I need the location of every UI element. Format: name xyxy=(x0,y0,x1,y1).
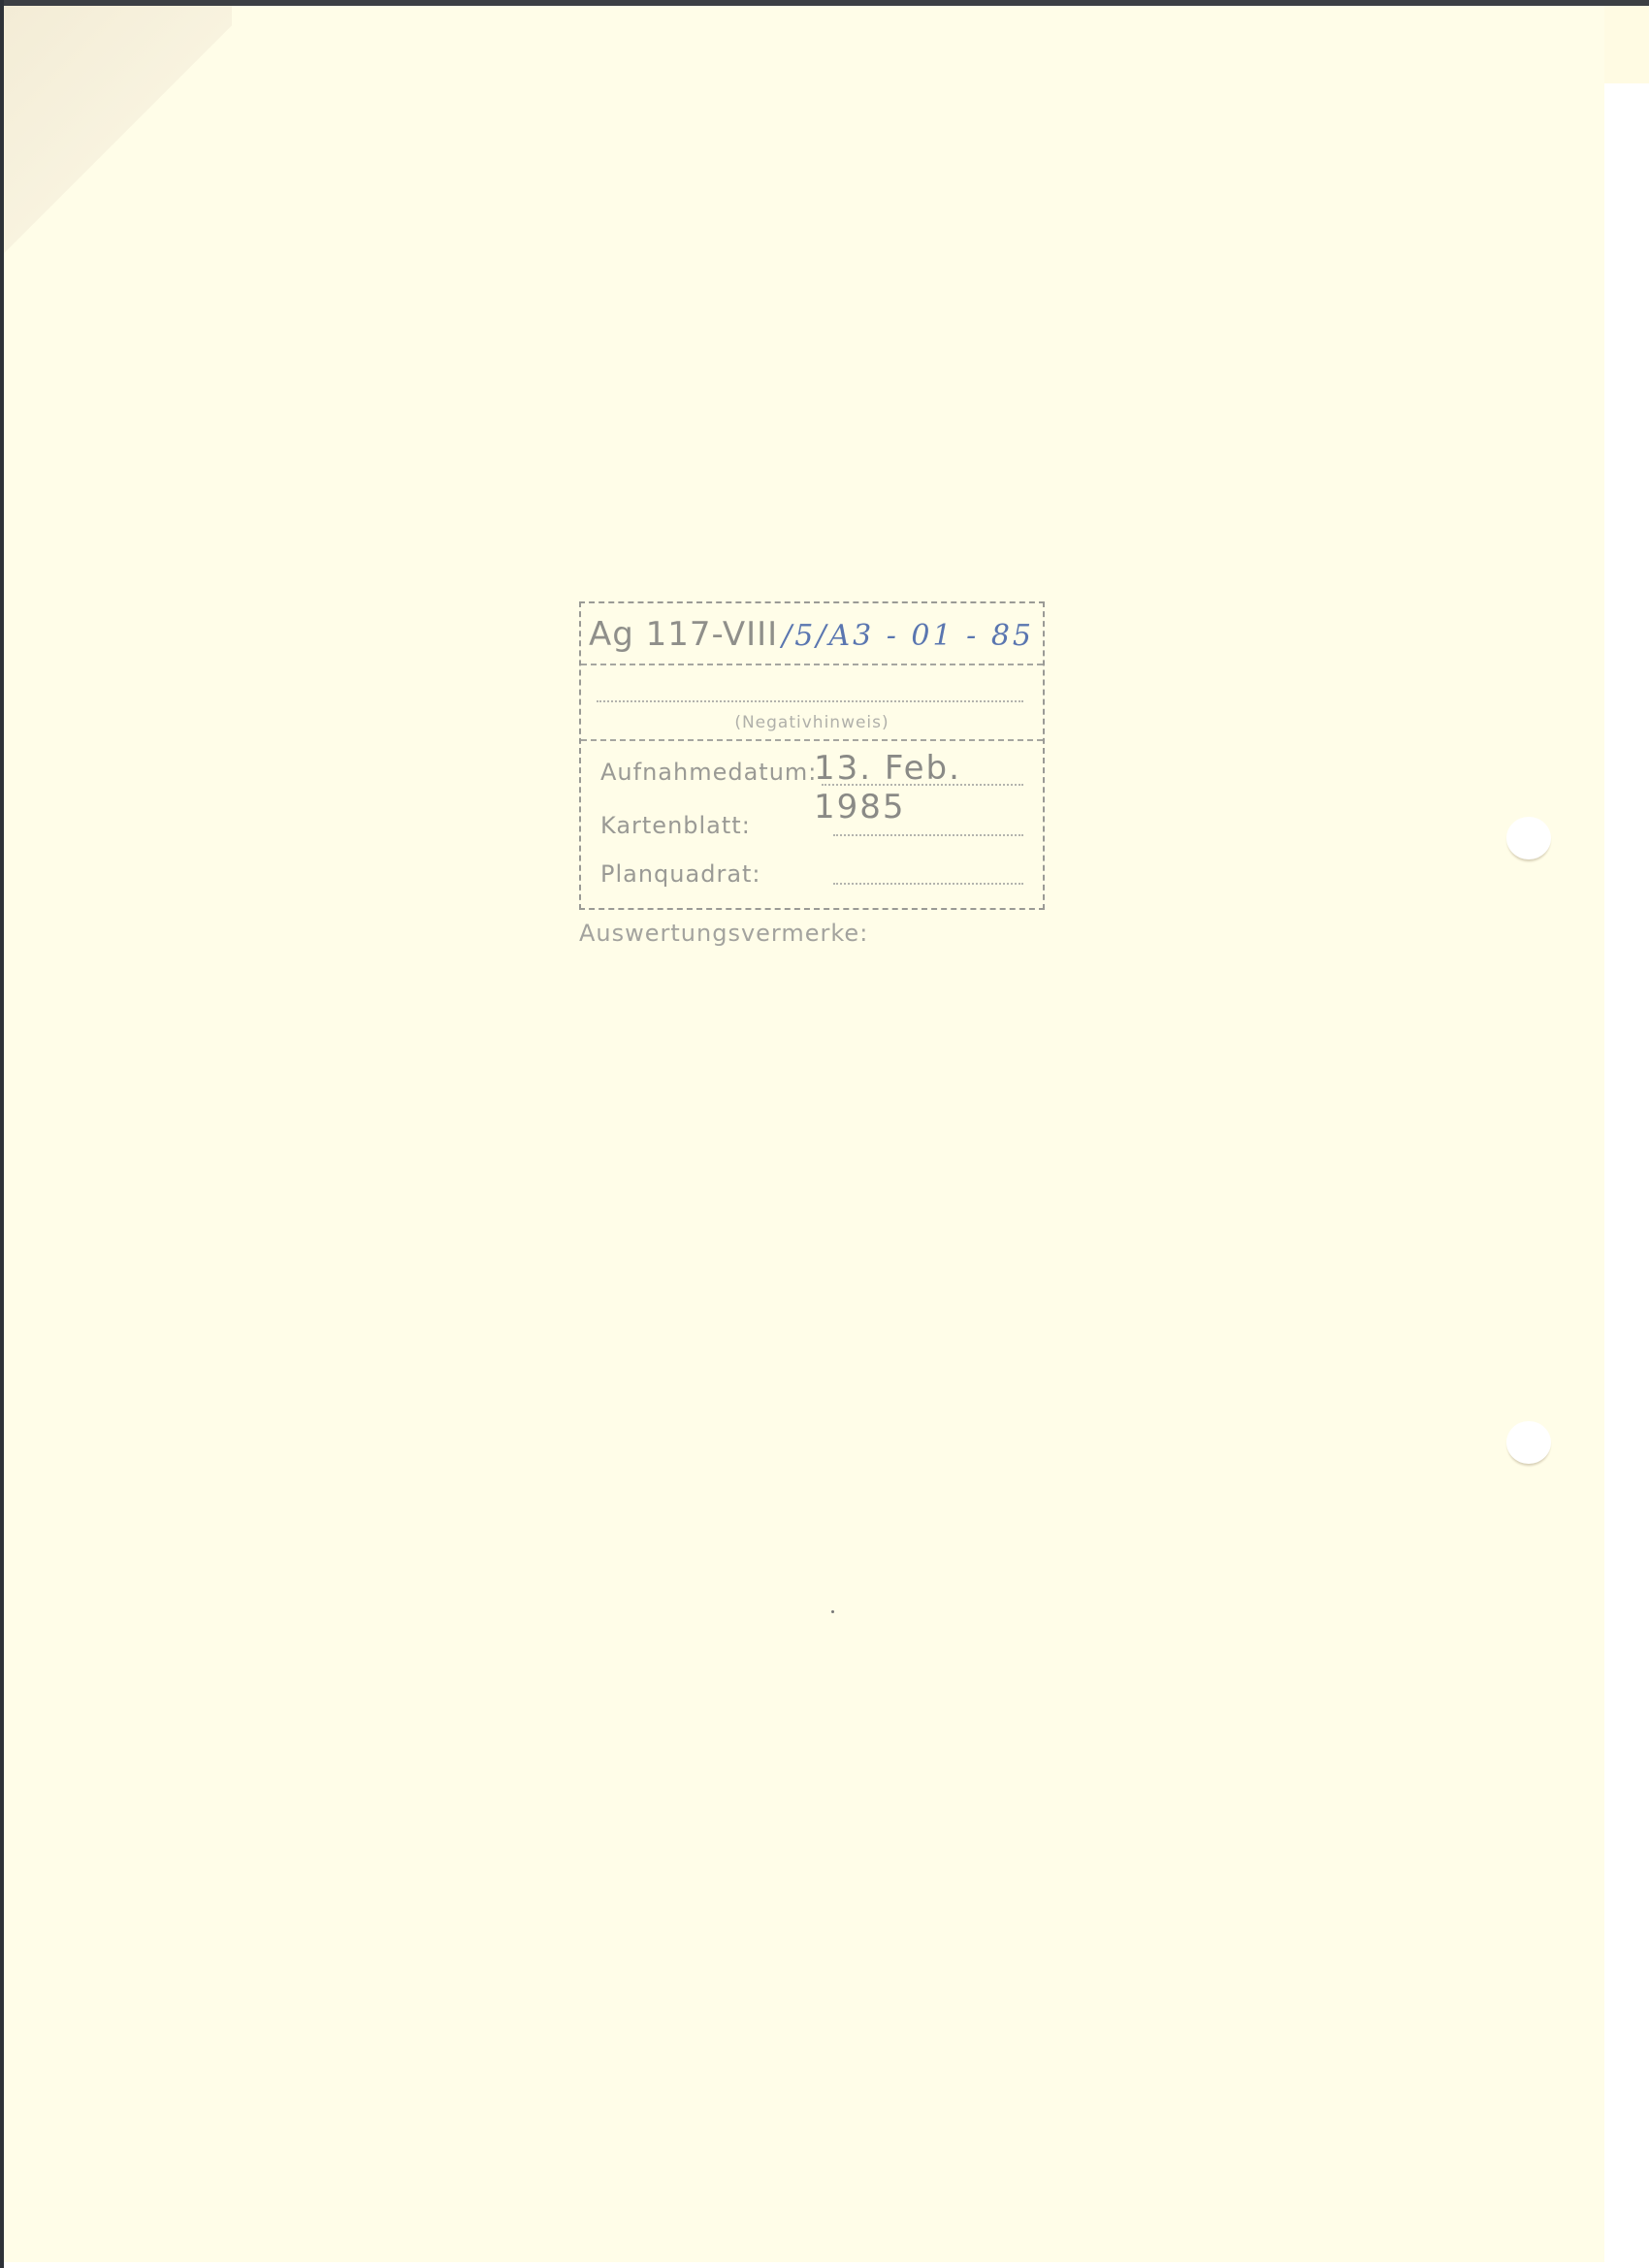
negative-line xyxy=(597,700,1023,702)
field-label-map-sheet: Kartenblatt: xyxy=(600,812,751,839)
negative-caption: (Negativhinweis) xyxy=(581,713,1043,732)
field-label-grid-square: Planquadrat: xyxy=(600,860,761,888)
paper-speck xyxy=(831,1610,834,1613)
punch-hole-icon xyxy=(1506,1421,1551,1464)
punch-hole-icon xyxy=(1506,817,1551,859)
record-number-stamped: Ag 117-VIII xyxy=(589,615,778,654)
grid-square-line xyxy=(833,883,1023,885)
field-value-date: 13. Feb. 1985 xyxy=(814,749,1043,826)
folded-corner xyxy=(4,6,232,273)
record-number: Ag 117-VIII /5/A3 - 01 - 85 xyxy=(589,615,1034,664)
underlying-sheet-edge xyxy=(1604,6,1649,83)
date-line xyxy=(822,784,1023,786)
remarks-label: Auswertungsvermerke: xyxy=(579,920,868,947)
archive-stamp: Ag 117-VIII /5/A3 - 01 - 85 (Negativhinw… xyxy=(579,601,1045,910)
stamp-divider xyxy=(581,664,1043,665)
field-label-date: Aufnahmedatum: xyxy=(600,759,817,786)
map-sheet-line xyxy=(833,834,1023,836)
record-number-handwritten: /5/A3 - 01 - 85 xyxy=(782,619,1034,653)
document-page xyxy=(4,6,1604,2262)
stamp-divider xyxy=(581,739,1043,741)
